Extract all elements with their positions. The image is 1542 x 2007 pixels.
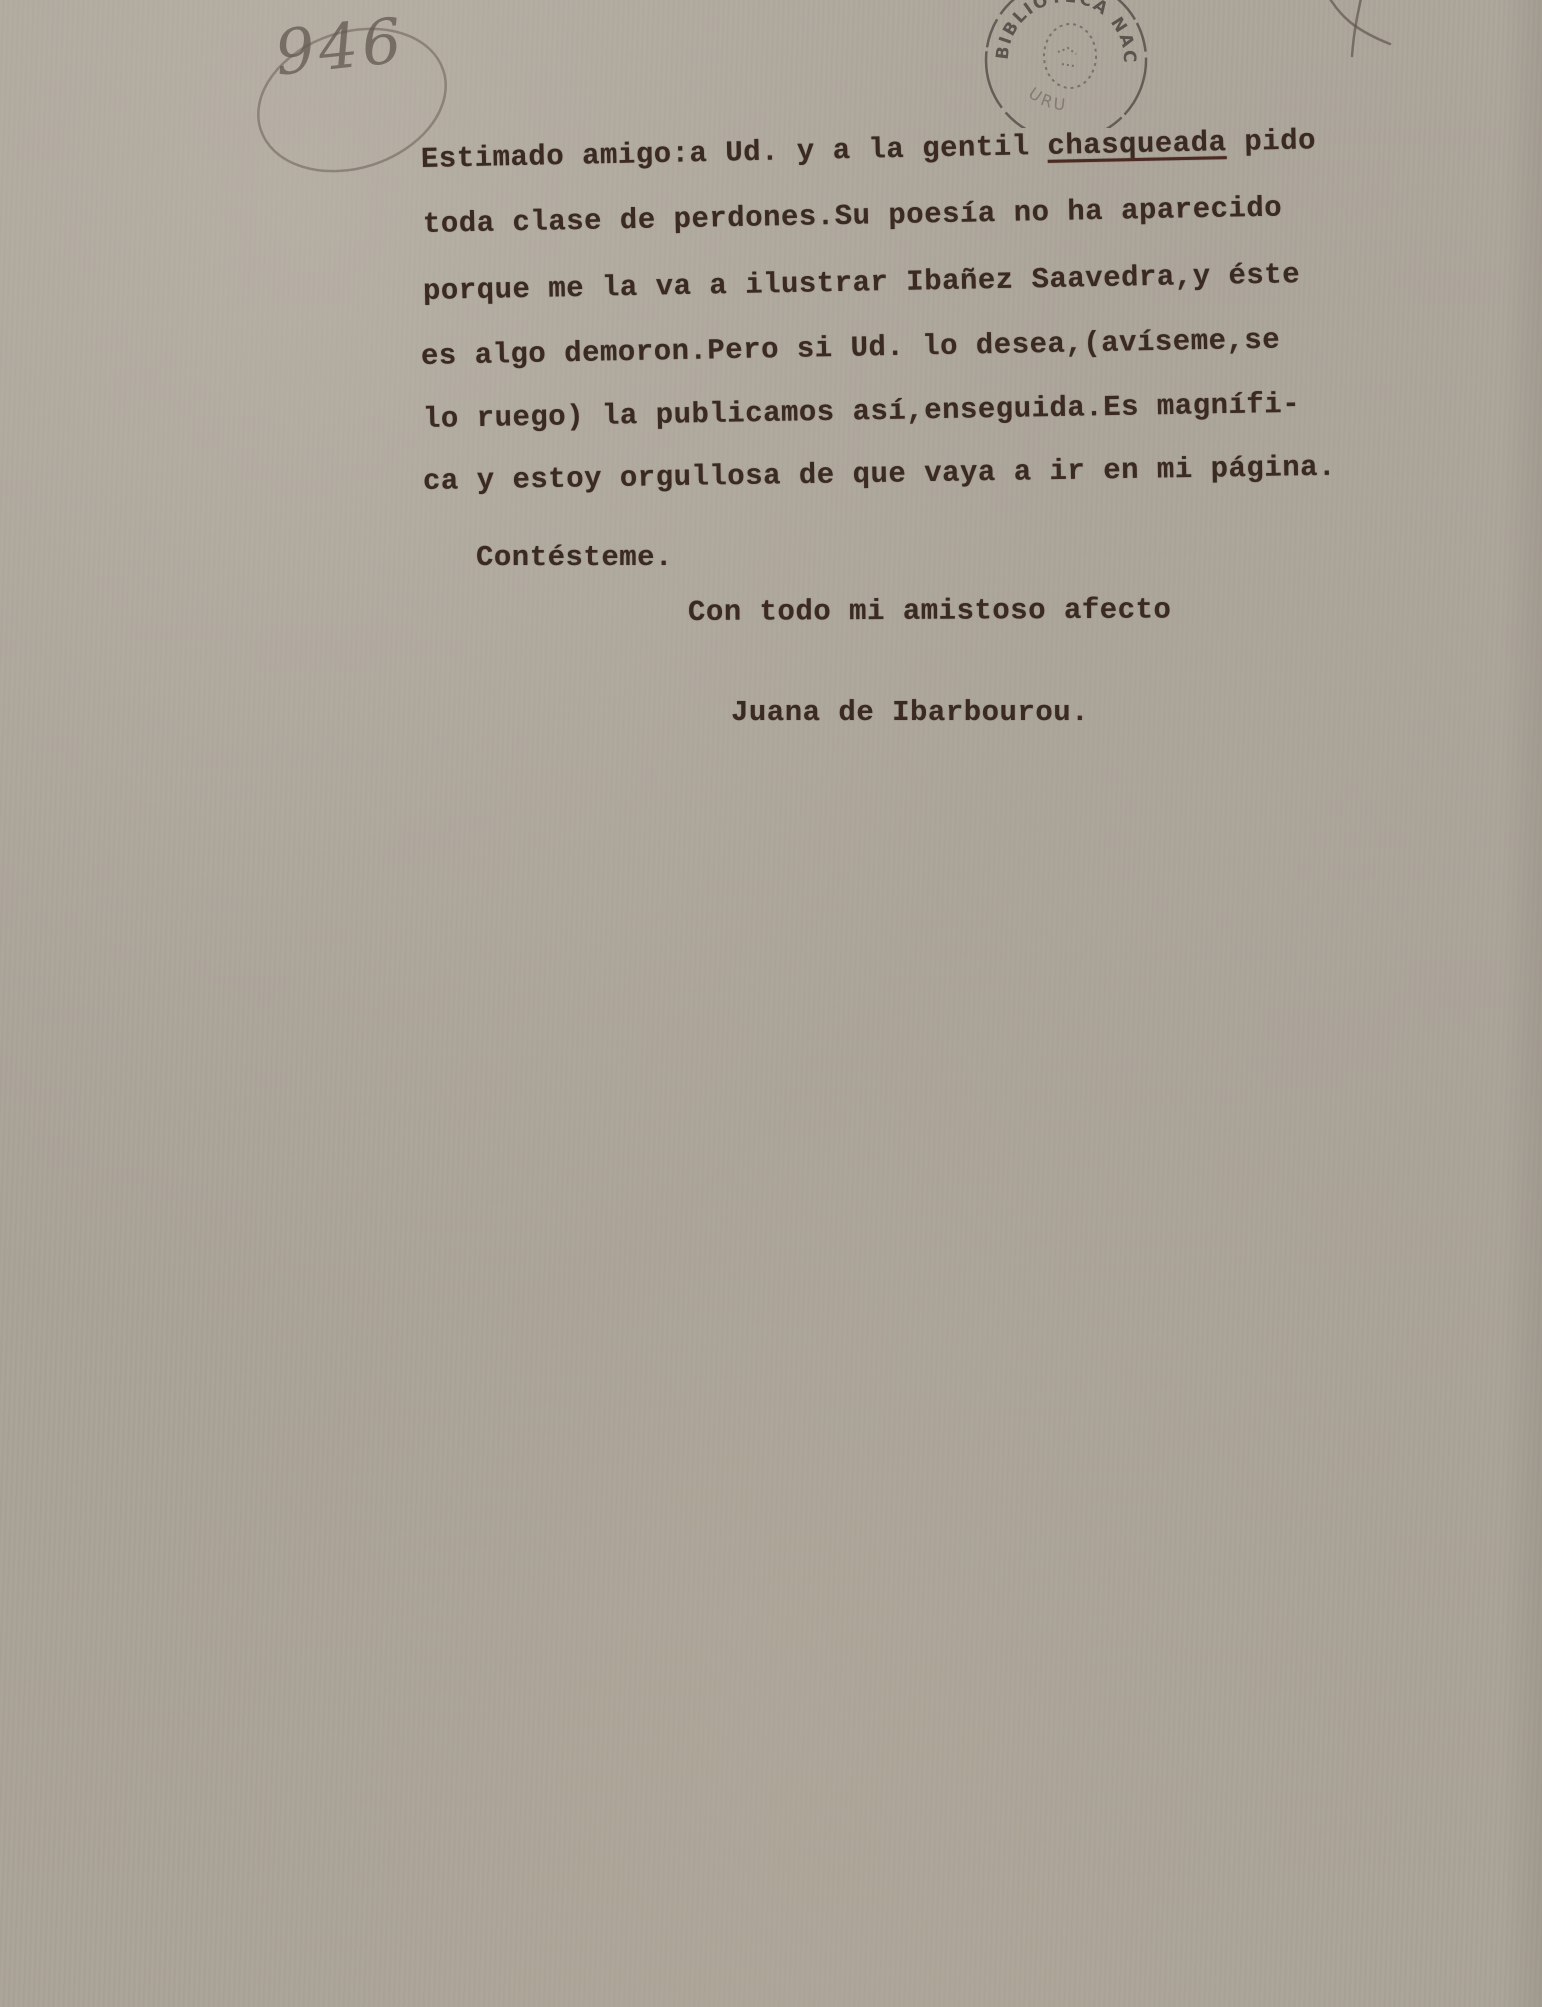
line-1-tail: pido bbox=[1226, 124, 1316, 159]
underlined-word: chasqueada bbox=[1047, 126, 1227, 163]
svg-text:URU: URU bbox=[1025, 83, 1069, 114]
letter-line-7: Contésteme. bbox=[476, 541, 673, 574]
handwritten-x-mark bbox=[1320, 0, 1410, 64]
letter-line-4: es algo demoron.Pero si Ud. lo desea,(av… bbox=[421, 324, 1281, 373]
letter-line-6: ca y estoy orgullosa de que vaya a ir en… bbox=[423, 451, 1336, 498]
letter-page: 946 BIBLIOTECA NACIONAL URU Estimado ami… bbox=[0, 0, 1542, 2007]
page-edge-shadow bbox=[1502, 0, 1542, 2007]
letter-line-5: lo ruego) la publicamos así,enseguida.Es… bbox=[423, 388, 1301, 436]
letter-closing: Con todo mi amistoso afecto bbox=[688, 593, 1172, 629]
handwritten-number: 946 bbox=[272, 3, 409, 89]
library-stamp: BIBLIOTECA NACIONAL URU bbox=[978, 0, 1153, 128]
letter-line-3: porque me la va a ilustrar Ibañez Saaved… bbox=[423, 258, 1301, 308]
stamp-text-bottom: URU bbox=[1025, 83, 1069, 114]
line-1-text: Estimado amigo:a Ud. y a la gentil bbox=[421, 130, 1048, 176]
letter-line-1: Estimado amigo:a Ud. y a la gentil chasq… bbox=[421, 124, 1317, 176]
letter-signature: Juana de Ibarbourou. bbox=[731, 696, 1089, 729]
letter-line-2: toda clase de perdones.Su poesía no ha a… bbox=[423, 192, 1283, 241]
